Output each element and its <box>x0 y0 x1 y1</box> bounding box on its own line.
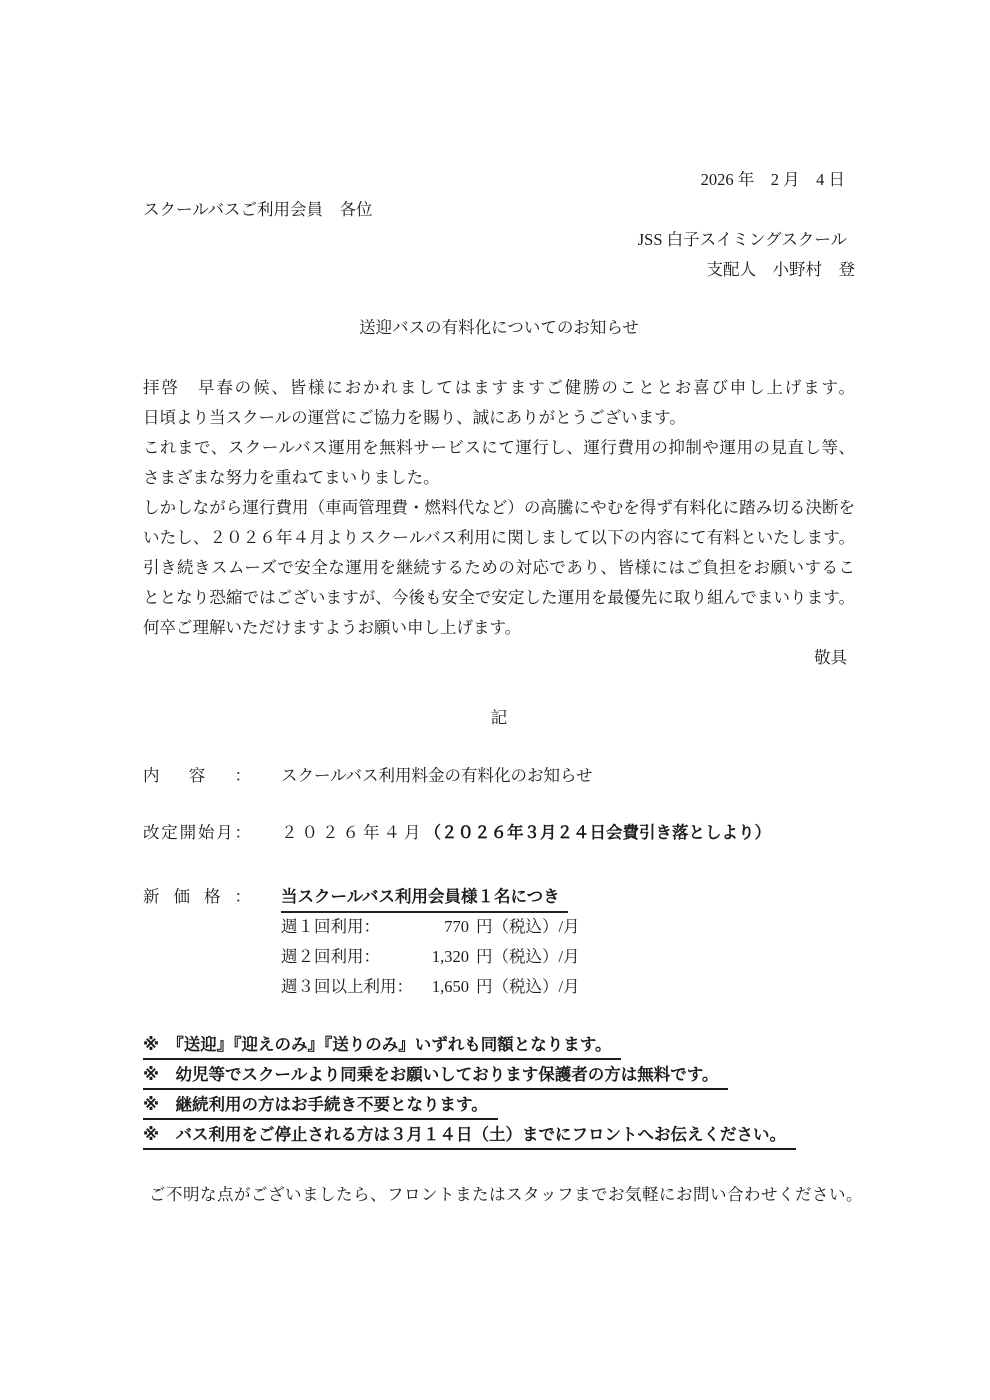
body-paragraph: 拝啓 早春の候、皆様におかれましてはますますご健勝のこととお喜び申し上げます。 … <box>143 373 855 643</box>
record-marker: 記 <box>143 703 855 733</box>
revision-start-month: ２０２６年４月 <box>281 823 425 842</box>
body-line: 拝啓 早春の候、皆様におかれましてはますますご健勝のこととお喜び申し上げます。 <box>143 373 855 403</box>
body-line: 引き続きスムーズで安全な運用を継続するための対応であり、皆様にはご負担をお願いす… <box>143 553 855 583</box>
price-row: 週２回利用： 1,320 円（税込）/月 <box>281 942 855 972</box>
notice-title: 送迎バスの有料化についてのお知らせ <box>143 313 855 343</box>
body-line: いたし、２０２６年４月よりスクールバス利用に関しまして以下の内容にて有料といたし… <box>143 523 855 553</box>
sender-org-line: JSS 白子スイミングスクール <box>143 225 855 255</box>
price-label: 週３回以上利用： <box>281 972 413 1002</box>
item-value: ２０２６年４月（２０２６年３月２４日会費引き落としより） <box>281 818 855 848</box>
body-line: 何卒ご理解いただけますようお願い申し上げます。 <box>143 613 855 643</box>
note-text: ※ バス利用をご停止される方は３月１４日（土）までにフロントへお伝えください。 <box>143 1122 796 1150</box>
recipient-line: スクールバスご利用会員 各位 <box>143 195 855 225</box>
footer-note: ご不明な点がございましたら、フロントまたはスタッフまでお気軽にお問い合わせくださ… <box>143 1180 855 1210</box>
body-line: これまで、スクールバス運用を無料サービスにて運行し、運行費用の抑制や運用の見直し… <box>143 433 855 463</box>
note-line: ※ 継続利用の方はお手続き不要となります。 <box>143 1090 855 1120</box>
notes-list: ※ 『送迎』『迎えのみ』『送りのみ』いずれも同額となります。 ※ 幼児等でスクー… <box>143 1030 855 1150</box>
price-label: 週１回利用： <box>281 912 413 942</box>
price-amount: 1,320 <box>413 942 469 972</box>
price-suffix: 円（税込）/月 <box>476 972 855 1002</box>
sender-person-line: 支配人 小野村 登 <box>143 255 855 285</box>
price-suffix: 円（税込）/月 <box>476 942 855 972</box>
note-line: ※ バス利用をご停止される方は３月１４日（土）までにフロントへお伝えください。 <box>143 1120 855 1150</box>
body-line: しかしながら運行費用（車両管理費・燃料代など）の高騰にやむを得ず有料化に踏み切る… <box>143 493 855 523</box>
revision-start-row: 改定開始月： ２０２６年４月（２０２６年３月２４日会費引き落としより） <box>143 818 855 848</box>
price-row: 週３回以上利用： 1,650 円（税込）/月 <box>281 972 855 1002</box>
note-text: ※ 『送迎』『迎えのみ』『送りのみ』いずれも同額となります。 <box>143 1032 621 1060</box>
price-amount: 770 <box>413 912 469 942</box>
item-label: 内容： <box>143 761 251 791</box>
price-amount: 1,650 <box>413 972 469 1002</box>
price-label: 週２回利用： <box>281 942 413 972</box>
note-text: ※ 継続利用の方はお手続き不要となります。 <box>143 1092 498 1120</box>
new-price-heading: 当スクールバス利用会員様１名につき <box>281 884 568 913</box>
body-line: ととなり恐縮ではございますが、今後も安全で安定した運用を最優先に取り組んでまいり… <box>143 583 855 613</box>
body-line: 日頃より当スクールの運営にご協力を賜り、誠にありがとうございます。 <box>143 403 855 433</box>
item-value: スクールバス利用料金の有料化のお知らせ <box>281 761 855 791</box>
notice-document: 2026 年 2 月 4 日 スクールバスご利用会員 各位 JSS 白子スイミン… <box>0 0 990 1400</box>
body-line: さまざまな努力を重ねてまいりました。 <box>143 463 855 493</box>
revision-start-emphasis: （２０２６年３月２４日会費引き落としより） <box>425 824 772 842</box>
item-label: 改定開始月： <box>143 818 251 848</box>
price-list: 週１回利用： 770 円（税込）/月 週２回利用： 1,320 円（税込）/月 … <box>281 912 855 1002</box>
closing-keigu: 敬具 <box>143 643 855 673</box>
item-value: 当スクールバス利用会員様１名につき <box>281 882 855 913</box>
note-line: ※ 幼児等でスクールより同乗をお願いしております保護者の方は無料です。 <box>143 1060 855 1090</box>
date-line: 2026 年 2 月 4 日 <box>143 165 855 195</box>
price-row: 週１回利用： 770 円（税込）/月 <box>281 912 855 942</box>
new-price-row: 新価格： 当スクールバス利用会員様１名につき <box>143 882 855 912</box>
price-suffix: 円（税込）/月 <box>476 912 855 942</box>
item-label: 新価格： <box>143 882 251 913</box>
note-line: ※ 『送迎』『迎えのみ』『送りのみ』いずれも同額となります。 <box>143 1030 855 1060</box>
note-text: ※ 幼児等でスクールより同乗をお願いしております保護者の方は無料です。 <box>143 1062 728 1090</box>
content-item-row: 内容： スクールバス利用料金の有料化のお知らせ <box>143 761 855 791</box>
